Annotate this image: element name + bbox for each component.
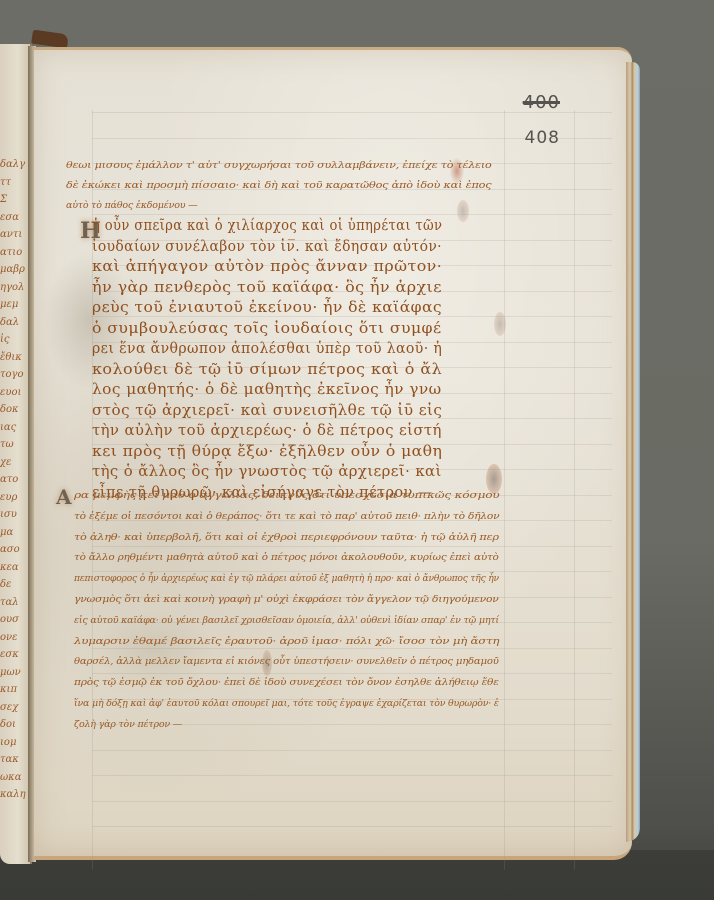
verso-text-fragment: ατιο <box>0 247 22 258</box>
ruling-line <box>92 316 612 317</box>
page-fore-edges <box>626 62 640 842</box>
verso-text-fragment: ἰς <box>0 334 10 345</box>
verso-text-fragment: τογο <box>0 369 24 380</box>
ruling-line <box>92 495 612 496</box>
verso-text-fragment: σεχ <box>0 702 18 713</box>
manuscript-line: θαρσέλ, ἀλλὰ μελλεν ἴαμεντα εἰ κιόνες οὗ… <box>74 656 499 667</box>
verso-text-fragment: ευρ <box>0 492 17 503</box>
ruling-line <box>92 469 612 470</box>
verso-text-fragment: μα <box>0 527 13 538</box>
verso-text-fragment: δαλ <box>0 317 19 328</box>
manuscript-line: ἦν γὰρ πενθερὸς τοῦ καϊάφα· ὃς ἦν ἀρχιε <box>92 280 442 296</box>
ruling-line <box>92 724 612 725</box>
verso-text-fragment: τω <box>0 439 14 450</box>
ruling-line <box>92 801 612 802</box>
manuscript-line: καὶ ἀπήγαγον αὐτὸν πρὸς ἄνναν πρῶτον· <box>92 259 442 275</box>
manuscript-line: ρει ἕνα ἄνθρωπον ἀπολέσθαι ὑπὲρ τοῦ λαοῦ… <box>92 341 442 357</box>
manuscript-line: ἡ οὖν σπεῖρα καὶ ὁ χιλίαρχος καὶ οἱ ὑπηρ… <box>92 218 442 234</box>
decorated-initial-a: A <box>56 485 72 509</box>
ruling-line <box>92 826 612 827</box>
manuscript-line: τὴν αὐλὴν τοῦ ἀρχιερέως· ὁ δὲ πέτρος εἱσ… <box>92 423 442 439</box>
manuscript-line: ἰουδαίων συνέλαβον τὸν ἰν̅. καὶ ἔδησαν α… <box>92 239 442 255</box>
verso-text-fragment: κιπ <box>0 684 17 695</box>
verso-text-fragment: ατο <box>0 474 18 485</box>
manuscript-line: ρεὺς τοῦ ἐνιαυτοῦ ἐκείνου· ἦν δὲ καϊάφας <box>92 300 442 316</box>
ruling-line <box>92 367 612 368</box>
ruling-line <box>92 622 612 623</box>
ruling-line <box>92 342 612 343</box>
ruling-line <box>92 546 612 547</box>
verso-text-fragment: δοκ <box>0 404 19 415</box>
verso-text-fragment: ιας <box>0 422 16 433</box>
leather-tab <box>31 30 69 49</box>
verso-text-fragment: κεα <box>0 562 19 573</box>
manuscript-line: κολούθει δὲ τῷ ἰῡ σίμων πέτρος καὶ ὁ ἄλ <box>92 362 442 378</box>
manuscript-line: στὸς τῷ ἀρχιερεῖ· καὶ συνεισῆλθε τῷ ἰῡ ε… <box>92 403 442 419</box>
ruling-line <box>92 214 612 215</box>
ruling-line <box>92 291 612 292</box>
manuscript-line: ρα μεμφὴς κεῖ μαθ ὁ ἀγγελίας, δεικνὺς ὅτ… <box>74 490 500 501</box>
manuscript-line: τὸ ἄλλο ρηθμέντι μαθητὰ αὐτοῦ καὶ ὁ πέτρ… <box>74 552 499 563</box>
ruling-line <box>92 112 612 113</box>
verso-text-fragment: μεμ <box>0 299 18 310</box>
folio-number-struck: 400 <box>523 92 560 113</box>
manuscript-line: αὐτὸ τὸ πάθος ἐκδομένου — <box>66 200 197 211</box>
verso-text-fragment: ττ <box>0 177 11 188</box>
ruling-line <box>92 648 612 649</box>
verso-text-fragment: ισυ <box>0 509 17 520</box>
verso-text-fragment: ουσ <box>0 614 19 625</box>
ruling-line <box>92 750 612 751</box>
ruling-line-vertical <box>574 110 575 870</box>
margin-mark <box>457 200 469 222</box>
ruling-line <box>92 240 612 241</box>
verso-text-fragment: μαβρ <box>0 264 25 275</box>
verso-text-fragment: ταλ <box>0 597 19 608</box>
verso-text-fragment: ονε <box>0 632 17 643</box>
ruling-line <box>92 775 612 776</box>
manuscript-line: λος μαθητής· ὁ δὲ μαθητὴς ἐκεῖνος ἦν γνω <box>92 382 442 398</box>
ruling-line <box>92 571 612 572</box>
manuscript-line: τὴς ὁ ἄλλος ὃς ἦν γνωστὸς τῷ ἀρχιερεῖ· κ… <box>92 464 442 480</box>
ruling-line <box>92 393 612 394</box>
manuscript-line: ἵνα μὴ δόξῃ καὶ ἀφ' ἑαυτοῦ κόλαι σπουρεῖ… <box>74 698 499 709</box>
manuscript-line: λυμαρσιν ἐθαμέ βασιλεῖς ἐραυτοῦ· ἀροῦ ἰμ… <box>74 636 499 647</box>
verso-text-fragment: δαλγ <box>0 159 25 170</box>
ruling-line <box>92 265 612 266</box>
ruling-line <box>92 673 612 674</box>
verso-text-fragment: καλη <box>0 789 26 800</box>
ruling-line <box>92 189 612 190</box>
ruling-line <box>92 699 612 700</box>
verso-text-fragment: δε <box>0 579 11 590</box>
ruling-line <box>92 163 612 164</box>
verso-text-fragment: εσα <box>0 212 19 223</box>
verso-text-fragment: ἔθικ <box>0 352 22 363</box>
verso-text-fragment: ωκα <box>0 772 21 783</box>
manuscript-line: τὸ ἀληθ· καὶ ὑπερβολῆ, ὅτι καὶ οἱ ἐχθροὶ… <box>74 532 499 543</box>
manuscript-line: πεπιστοφορος ὁ ἦν ἀρχιερέως καὶ ἐγ τῷ πλ… <box>74 573 499 584</box>
manuscript-line: ὁ συμβουλεύσας τοῖς ἰουδαίοις ὅτι συμφέ <box>92 321 442 337</box>
ruling-line-vertical <box>504 110 505 870</box>
verso-text-fragment: εσκ <box>0 649 19 660</box>
ruling-line <box>92 418 612 419</box>
verso-text-fragment: ηγολ <box>0 282 24 293</box>
verso-text-fragment: ασο <box>0 544 20 555</box>
recto-page: 400 408 H A θεωι μισους ἐμάλλον τ' αὐτ' … <box>34 47 632 860</box>
manuscript-line: πρὸς τῷ ἐσμῷ ἐκ τοῦ ὄχλου· ἐπεὶ δὲ ἰδοὺ … <box>74 677 499 688</box>
ruling-line <box>92 138 612 139</box>
verso-text-fragment: αντι <box>0 229 22 240</box>
verso-text-fragment: μων <box>0 667 21 678</box>
ruling-line <box>92 597 612 598</box>
manuscript-line: εἰς αὐτοῦ καϊάφα· οὐ γένει βασιλεῖ χρισθ… <box>74 615 499 626</box>
verso-text-fragment: ευοι <box>0 387 21 398</box>
verso-text-fragment: χε <box>0 457 11 468</box>
verso-text-fragment: δοι <box>0 719 16 730</box>
manuscript-line: κει πρὸς τῇ θύρᾳ ἔξω· ἐξῆλθεν οὖν ὁ μαθη <box>92 444 442 460</box>
verso-text-fragment: τακ <box>0 754 19 765</box>
ruling-line-vertical <box>92 110 93 870</box>
manuscript-line: θεωι μισους ἐμάλλον τ' αὐτ' συγχωρήσαι τ… <box>66 160 492 171</box>
verso-text-fragment: ιομ <box>0 737 16 748</box>
ruling-line <box>92 520 612 521</box>
ruling-line <box>92 444 612 445</box>
verso-text-fragment: Σ <box>0 194 7 205</box>
